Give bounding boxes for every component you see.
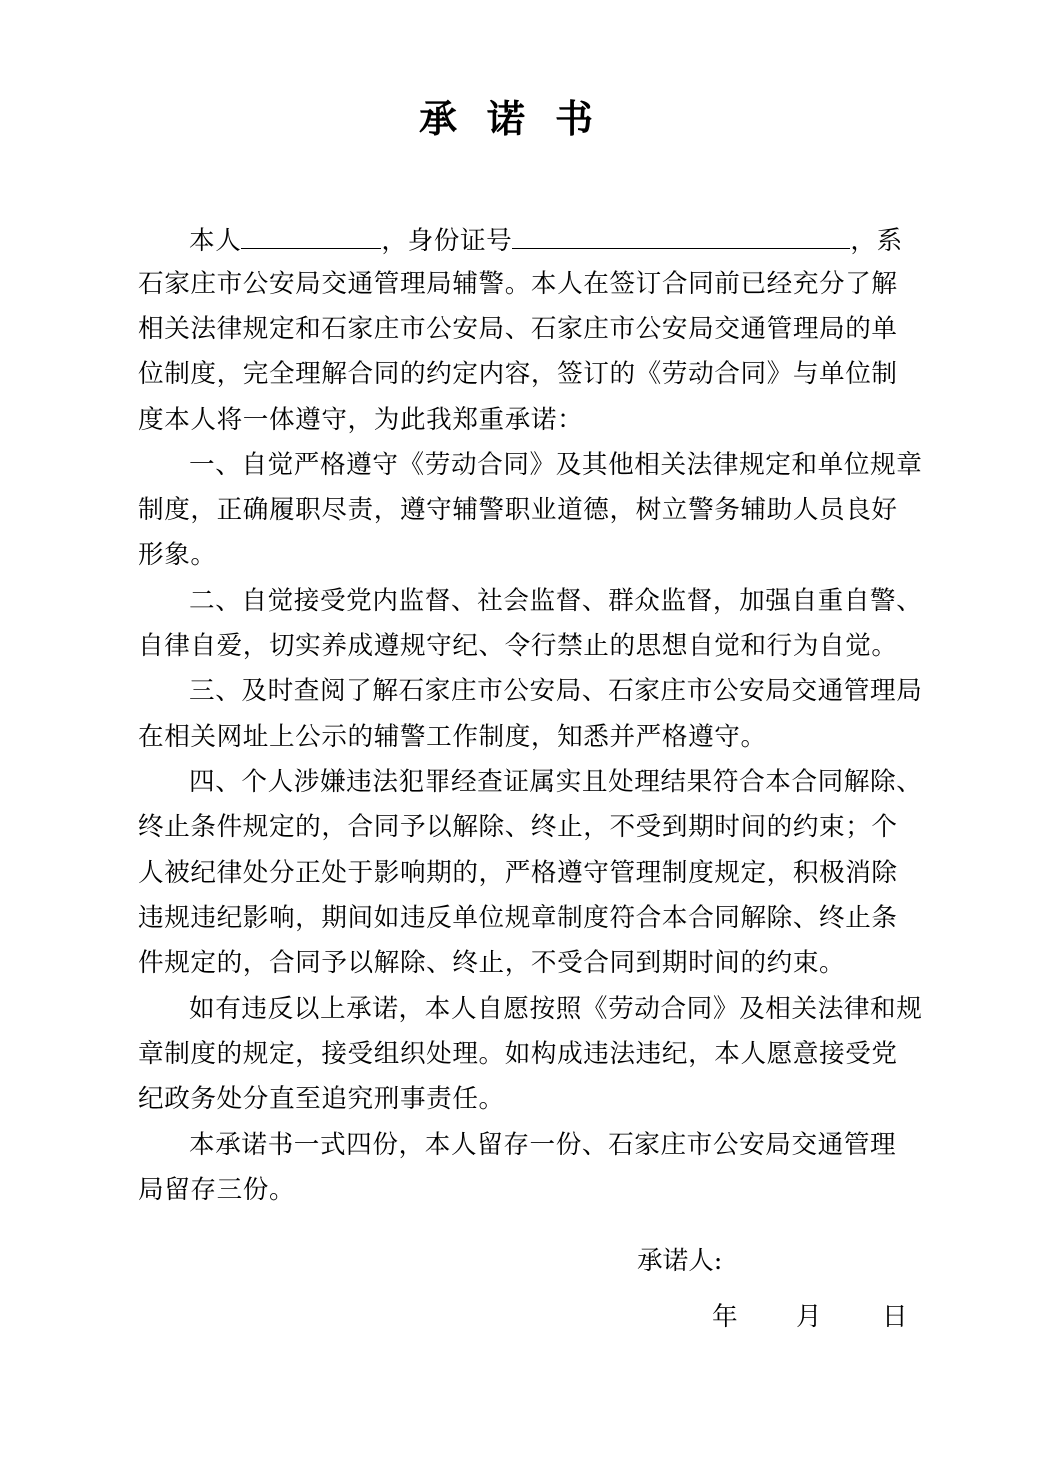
item-2-line: 自律自爱，切实养成遵规守纪、令行禁止的思想自觉和行为自觉。 <box>138 629 910 663</box>
date-day-label: 日 <box>882 1300 908 1334</box>
item-4-line: 四、个人涉嫌违法犯罪经查证属实且处理结果符合本合同解除、 <box>189 765 910 799</box>
item-4-line: 人被纪律处分正处于影响期的，严格遵守管理制度规定，积极消除 <box>138 856 910 890</box>
item-4-line: 违规违纪影响，期间如违反单位规章制度符合本合同解除、终止条 <box>138 901 910 935</box>
item-4-line: 终止条件规定的，合同予以解除、终止，不受到期时间的约束；个 <box>138 810 910 844</box>
item-2-line: 二、自觉接受党内监督、社会监督、群众监督，加强自重自警、 <box>189 584 910 618</box>
date-month-label: 月 <box>796 1300 822 1334</box>
violation-line: 如有违反以上承诺，本人自愿按照《劳动合同》及相关法律和规 <box>189 992 910 1026</box>
intro-line: 位制度，完全理解合同的约定内容，签订的《劳动合同》与单位制 <box>138 357 910 391</box>
date-year-label: 年 <box>712 1300 738 1334</box>
intro-first-line: 本人，身份证号，系 <box>189 222 910 258</box>
copies-line: 局留存三份。 <box>138 1173 910 1207</box>
name-blank-field[interactable] <box>241 222 381 249</box>
intro-prefix: 本人 <box>189 226 241 256</box>
intro-suffix: ，系 <box>850 226 902 256</box>
violation-line: 章制度的规定，接受组织处理。如构成违法违纪，本人愿意接受党 <box>138 1037 910 1071</box>
intro-line: 度本人将一体遵守，为此我郑重承诺： <box>138 403 910 437</box>
document-title: 承诺书 <box>0 94 1042 144</box>
item-3-line: 三、及时查阅了解石家庄市公安局、石家庄市公安局交通管理局 <box>189 674 910 708</box>
item-1-line: 制度，正确履职尽责，遵守辅警职业道德，树立警务辅助人员良好 <box>138 493 910 527</box>
intro-mid: ，身份证号 <box>381 226 512 256</box>
intro-line: 相关法律规定和石家庄市公安局、石家庄市公安局交通管理局的单 <box>138 312 910 346</box>
item-1-line: 一、自觉严格遵守《劳动合同》及其他相关法律规定和单位规章 <box>189 448 910 482</box>
item-3-line: 在相关网址上公示的辅警工作制度，知悉并严格遵守。 <box>138 720 910 754</box>
violation-line: 纪政务处分直至追究刑事责任。 <box>138 1082 910 1116</box>
signatory-label: 承诺人: <box>637 1244 722 1278</box>
document-page: 承诺书 本人，身份证号，系 石家庄市公安局交通管理局辅警。本人在签订合同前已经充… <box>0 0 1042 1469</box>
item-4-line: 件规定的，合同予以解除、终止，不受合同到期时间的约束。 <box>138 946 910 980</box>
intro-line: 石家庄市公安局交通管理局辅警。本人在签订合同前已经充分了解 <box>138 267 910 301</box>
item-1-line: 形象。 <box>138 538 910 572</box>
id-number-blank-field[interactable] <box>512 222 850 249</box>
copies-line: 本承诺书一式四份，本人留存一份、石家庄市公安局交通管理 <box>189 1128 910 1162</box>
